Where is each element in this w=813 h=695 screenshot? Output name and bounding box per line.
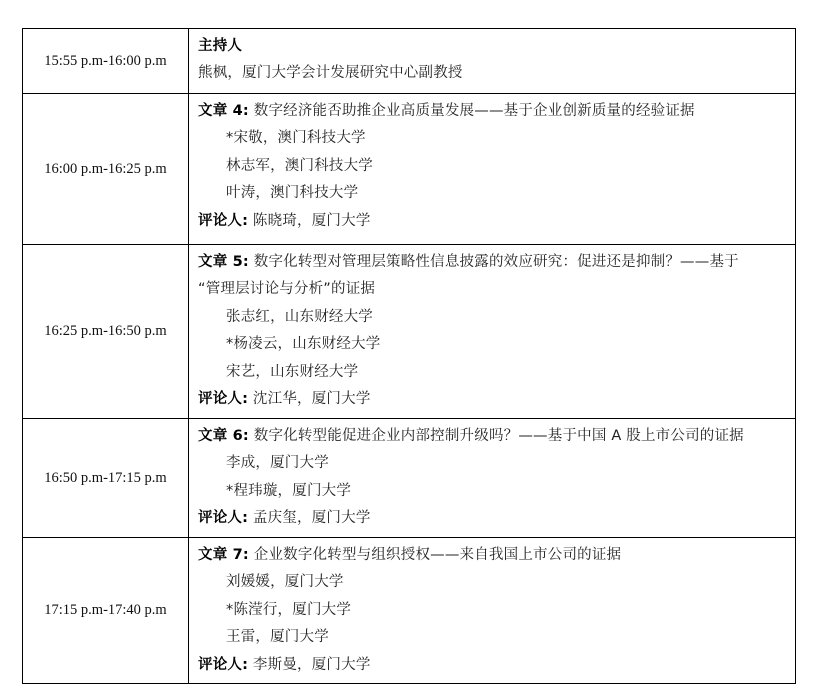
schedule-row-paper-7: 17:15 p.m-17:40 p.m 文章 7: 企业数字化转型与组织授权——… [23, 538, 796, 684]
discussant-line: 评论人: 李斯曼，厦门大学 [198, 652, 785, 679]
host-label: 主持人 [198, 33, 785, 60]
session-content: 文章 4: 数字经济能否助推企业高质量发展——基于企业创新质量的经验证据 *宋敬… [189, 94, 796, 245]
paper-title: 数字经济能否助推企业高质量发展——基于企业创新质量的经验证据 [254, 103, 695, 119]
paper-label: 文章 7: [198, 547, 249, 563]
paper-title-line: 文章 7: 企业数字化转型与组织授权——来自我国上市公司的证据 [198, 542, 785, 569]
author: *杨凌云，山东财经大学 [198, 331, 785, 358]
schedule-row-paper-5: 16:25 p.m-16:50 p.m 文章 5: 数字化转型对管理层策略性信息… [23, 245, 796, 419]
paper-title-line: 文章 4: 数字经济能否助推企业高质量发展——基于企业创新质量的经验证据 [198, 98, 785, 125]
author: 刘媛媛，厦门大学 [198, 569, 785, 596]
paper-title: 数字化转型能促进企业内部控制升级吗？——基于中国 A 股上市公司的证据 [254, 428, 744, 444]
session-content: 文章 6: 数字化转型能促进企业内部控制升级吗？——基于中国 A 股上市公司的证… [189, 419, 796, 538]
time-slot: 16:00 p.m-16:25 p.m [23, 94, 189, 245]
time-slot: 16:50 p.m-17:15 p.m [23, 419, 189, 538]
paper-label: 文章 5: [198, 254, 249, 270]
paper-title-continued: “管理层讨论与分析”的证据 [198, 276, 785, 303]
discussant-name: 陈晓琦，厦门大学 [253, 213, 371, 229]
session-content: 主持人 熊枫，厦门大学会计发展研究中心副教授 [189, 29, 796, 94]
paper-title: 数字化转型对管理层策略性信息披露的效应研究：促进还是抑制？——基于 [254, 254, 739, 270]
discussant-label: 评论人: [198, 657, 248, 673]
paper-title-line: 文章 5: 数字化转型对管理层策略性信息披露的效应研究：促进还是抑制？——基于 [198, 249, 785, 276]
schedule-table: 15:55 p.m-16:00 p.m 主持人 熊枫，厦门大学会计发展研究中心副… [22, 28, 796, 684]
paper-label: 文章 4: [198, 103, 249, 119]
discussant-label: 评论人: [198, 391, 248, 407]
time-slot: 16:25 p.m-16:50 p.m [23, 245, 189, 419]
time-slot: 17:15 p.m-17:40 p.m [23, 538, 189, 684]
author: *程玮璇，厦门大学 [198, 478, 785, 505]
discussant-name: 沈江华，厦门大学 [253, 391, 371, 407]
discussant-line: 评论人: 孟庆玺，厦门大学 [198, 505, 785, 532]
host-name: 熊枫，厦门大学会计发展研究中心副教授 [198, 60, 785, 87]
author: 李成，厦门大学 [198, 450, 785, 477]
author: 叶涛，澳门科技大学 [198, 180, 785, 207]
schedule-row-paper-4: 16:00 p.m-16:25 p.m 文章 4: 数字经济能否助推企业高质量发… [23, 94, 796, 245]
author: 林志军，澳门科技大学 [198, 153, 785, 180]
time-slot: 15:55 p.m-16:00 p.m [23, 29, 189, 94]
author: 王雷，厦门大学 [198, 624, 785, 651]
session-content: 文章 7: 企业数字化转型与组织授权——来自我国上市公司的证据 刘媛媛，厦门大学… [189, 538, 796, 684]
session-content: 文章 5: 数字化转型对管理层策略性信息披露的效应研究：促进还是抑制？——基于 … [189, 245, 796, 419]
discussant-line: 评论人: 陈晓琦，厦门大学 [198, 208, 785, 235]
schedule-row-paper-6: 16:50 p.m-17:15 p.m 文章 6: 数字化转型能促进企业内部控制… [23, 419, 796, 538]
paper-label: 文章 6: [198, 428, 249, 444]
author: *宋敬，澳门科技大学 [198, 125, 785, 152]
author: 宋艺，山东财经大学 [198, 359, 785, 386]
discussant-name: 孟庆玺，厦门大学 [253, 510, 371, 526]
schedule-row-host: 15:55 p.m-16:00 p.m 主持人 熊枫，厦门大学会计发展研究中心副… [23, 29, 796, 94]
discussant-name: 李斯曼，厦门大学 [253, 657, 371, 673]
author: *陈滢行，厦门大学 [198, 597, 785, 624]
paper-title: 企业数字化转型与组织授权——来自我国上市公司的证据 [254, 547, 622, 563]
discussant-label: 评论人: [198, 510, 248, 526]
paper-title-line: 文章 6: 数字化转型能促进企业内部控制升级吗？——基于中国 A 股上市公司的证… [198, 423, 785, 450]
author: 张志红，山东财经大学 [198, 304, 785, 331]
discussant-line: 评论人: 沈江华，厦门大学 [198, 386, 785, 413]
discussant-label: 评论人: [198, 213, 248, 229]
